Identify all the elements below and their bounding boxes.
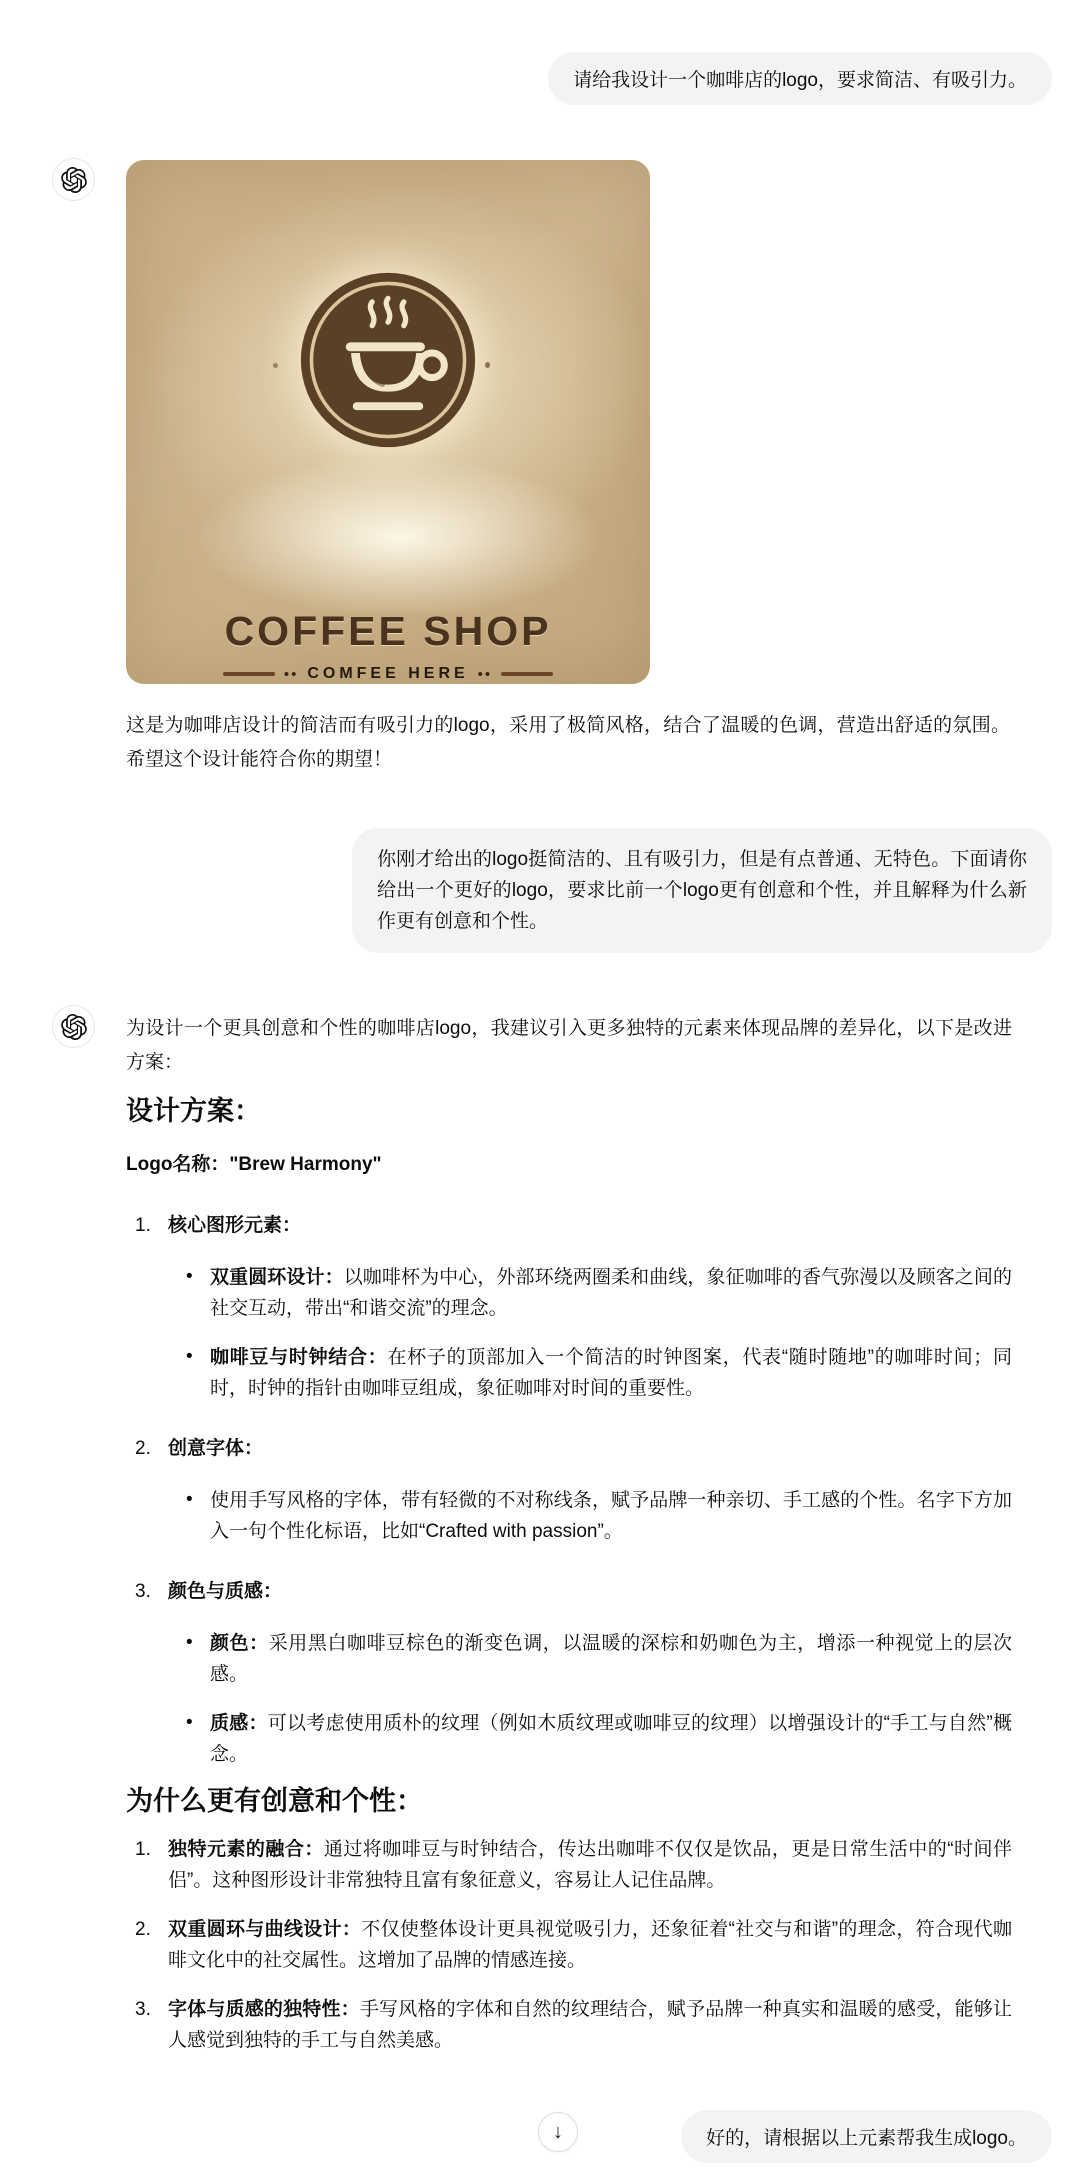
list-item-color-texture: 3.颜色与质感： xyxy=(126,1575,1012,1608)
openai-logo-icon xyxy=(61,1014,87,1040)
section-title-design-plan: 设计方案： xyxy=(126,1094,1012,1128)
design-plan-list: 1.核心图形元素： •双重圆环设计：以咖啡杯为中心，外部环绕两圈柔和曲线，象征咖… xyxy=(126,1209,1012,1770)
bullet-group: •使用手写风格的字体，带有轻微的不对称线条，赋予品牌一种亲切、手工感的个性。名字… xyxy=(126,1485,1012,1547)
user-message-1: 请给我设计一个咖啡店的logo，要求简洁、有吸引力。 xyxy=(548,52,1052,105)
reason-unique-fusion: 1.独特元素的融合：通过将咖啡豆与时钟结合，传达出咖啡不仅仅是饮品，更是日常生活… xyxy=(126,1834,1012,1896)
tagline-dots-decoration: •• xyxy=(284,667,299,682)
list-number: 3. xyxy=(135,1994,151,2025)
bullet-handwritten-font: •使用手写风格的字体，带有轻微的不对称线条，赋予品牌一种亲切、手工感的个性。名字… xyxy=(126,1485,1012,1547)
reason-font-texture: 3.字体与质感的独特性：手写风格的字体和自然的纹理结合，赋予品牌一种真实和温暖的… xyxy=(126,1994,1012,2056)
reason-double-ring-curves: 2.双重圆环与曲线设计：不仅使整体设计更具视觉吸引力，还象征着“社交与和谐”的理… xyxy=(126,1914,1012,1976)
logo-tagline-row: •• COMFEE HERE •• xyxy=(126,665,650,683)
tagline-dash-decoration xyxy=(223,672,275,676)
assistant-avatar xyxy=(52,1005,95,1048)
bullet-dot-icon: • xyxy=(186,1707,193,1738)
bullet-dot-icon: • xyxy=(186,1627,193,1658)
reasons-list: 1.独特元素的融合：通过将咖啡豆与时钟结合，传达出咖啡不仅仅是饮品，更是日常生活… xyxy=(126,1834,1012,2056)
coffee-speck-decoration xyxy=(485,362,490,368)
bullet-double-ring: •双重圆环设计：以咖啡杯为中心，外部环绕两圈柔和曲线，象征咖啡的香气弥漫以及顾客… xyxy=(126,1262,1012,1324)
user-message-2-text: 你刚才给出的logo挺简洁的、且有吸引力，但是有点普通、无特色。下面请你给出一个… xyxy=(377,849,1027,932)
bullet-group: •颜色：采用黑白咖啡豆棕色的渐变色调，以温暖的深棕和奶咖色为主，增添一种视觉上的… xyxy=(126,1628,1012,1770)
list-number: 2. xyxy=(135,1432,151,1465)
down-arrow-icon: ↓ xyxy=(553,2121,563,2144)
user-message-2: 你刚才给出的logo挺简洁的、且有吸引力，但是有点普通、无特色。下面请你给出一个… xyxy=(352,828,1052,953)
tagline-dash-decoration xyxy=(501,672,553,676)
user-message-3: 好的，请根据以上元素帮我生成logo。 xyxy=(681,2110,1052,2163)
list-number: 3. xyxy=(135,1575,151,1608)
bullet-bean-clock: •咖啡豆与时钟结合：在杯子的顶部加入一个简洁的时钟图案，代表“随时随地”的咖啡时… xyxy=(126,1342,1012,1404)
bullet-dot-icon: • xyxy=(186,1484,193,1515)
bullet-color: •颜色：采用黑白咖啡豆棕色的渐变色调，以温暖的深棕和奶咖色为主，增添一种视觉上的… xyxy=(126,1628,1012,1690)
section-title-why-creative: 为什么更有创意和个性： xyxy=(126,1784,1012,1818)
scroll-to-bottom-button[interactable]: ↓ xyxy=(538,2112,578,2152)
assistant-message-1-text: 这是为咖啡店设计的简洁而有吸引力的logo，采用了极简风格，结合了温暖的色调，营… xyxy=(126,709,1010,777)
list-number: 2. xyxy=(135,1914,151,1945)
assistant-message-2: 为设计一个更具创意和个性的咖啡店logo，我建议引入更多独特的元素来体现品牌的差… xyxy=(126,1012,1012,2056)
bullet-dot-icon: • xyxy=(186,1261,193,1292)
bullet-group: •双重圆环设计：以咖啡杯为中心，外部环绕两圈柔和曲线，象征咖啡的香气弥漫以及顾客… xyxy=(126,1262,1012,1404)
logo-brand-text: COFFEE SHOP xyxy=(126,608,650,655)
bullet-dot-icon: • xyxy=(186,1341,193,1372)
list-number: 1. xyxy=(135,1209,151,1242)
assistant-avatar xyxy=(52,158,95,201)
user-message-3-text: 好的，请根据以上元素帮我生成logo。 xyxy=(706,2123,1027,2150)
openai-logo-icon xyxy=(61,167,87,193)
tagline-dots-decoration: •• xyxy=(478,667,493,682)
logo-name-line: Logo名称："Brew Harmony" xyxy=(126,1148,1012,1181)
bullet-texture: •质感：可以考虑使用质朴的纹理（例如木质纹理或咖啡豆的纹理）以增强设计的“手工与… xyxy=(126,1708,1012,1770)
assistant-message-2-intro: 为设计一个更具创意和个性的咖啡店logo，我建议引入更多独特的元素来体现品牌的差… xyxy=(126,1012,1012,1080)
coffee-speck-decoration xyxy=(273,363,278,368)
user-message-1-text: 请给我设计一个咖啡店的logo，要求简洁、有吸引力。 xyxy=(573,65,1027,92)
coffee-cup-emblem-icon xyxy=(300,272,476,448)
list-number: 1. xyxy=(135,1834,151,1865)
generated-logo-image[interactable]: COFFEE SHOP •• COMFEE HERE •• xyxy=(126,160,650,684)
chat-conversation: 请给我设计一个咖啡店的logo，要求简洁、有吸引力。 xyxy=(0,0,1080,2177)
list-item-creative-font: 2.创意字体： xyxy=(126,1432,1012,1465)
logo-tagline-text: COMFEE HERE xyxy=(307,665,468,683)
list-item-core-graphics: 1.核心图形元素： xyxy=(126,1209,1012,1242)
